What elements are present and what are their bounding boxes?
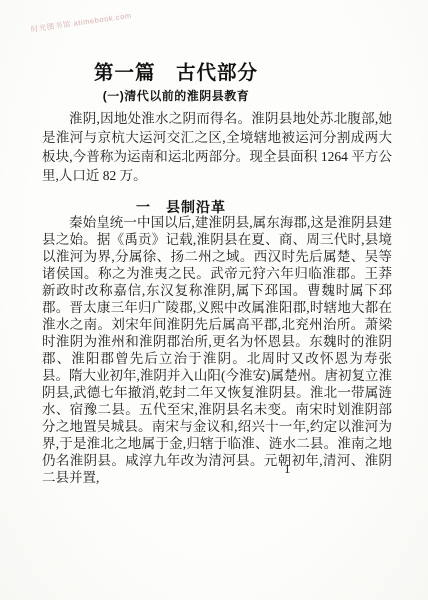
section-paragraph: 秦始皇统一中国以后,建淮阴县,属东海郡,这是淮阴县建县之始。据《禹贡》记载,淮阴…: [42, 214, 392, 486]
chapter-subtitle: (一)清代以前的淮阴县教育: [0, 87, 352, 104]
page-number: 1: [284, 461, 291, 477]
chapter-title: 第一篇 古代部分: [0, 57, 352, 85]
intro-paragraph: 淮阴,因地处淮水之阴而得名。淮阴县地处苏北腹部,她是淮河与京杭大运河交汇之区,全…: [42, 109, 392, 185]
watermark: 时光图书馆 atimebook.com: [30, 10, 132, 35]
book-page: 时光图书馆 atimebook.com 第一篇 古代部分 (一)清代以前的淮阴县…: [0, 0, 428, 600]
